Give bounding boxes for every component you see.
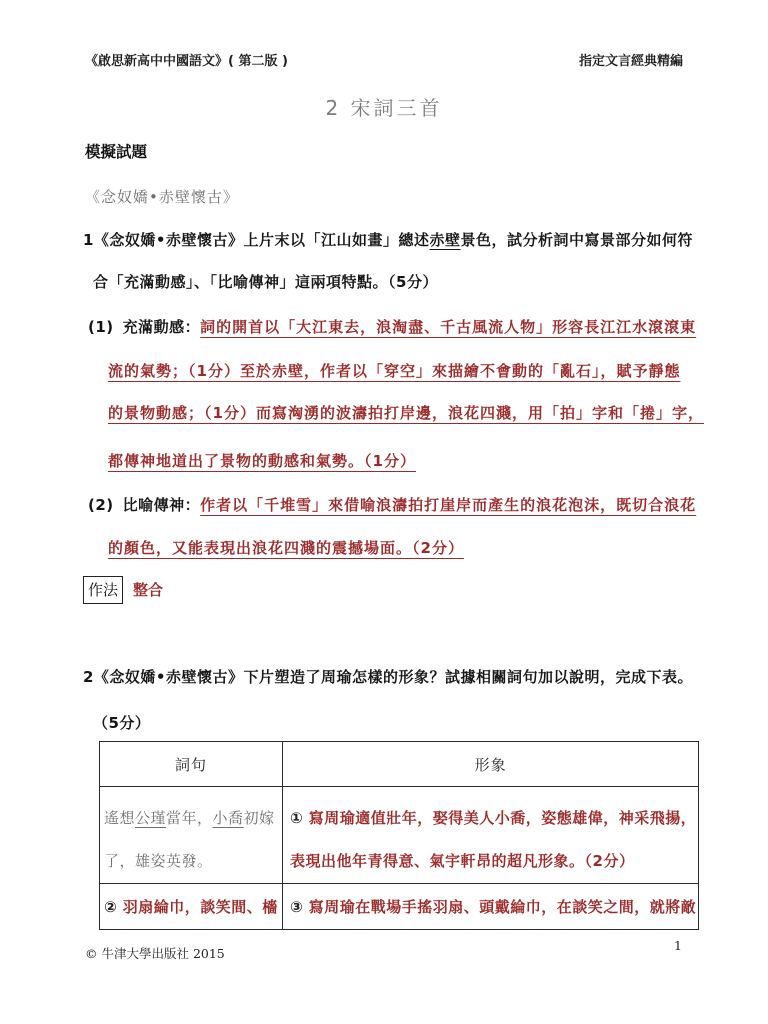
question-2-marks: （5分） (93, 712, 150, 733)
item-1-answer-line-4: 都傳神地道出了景物的動感和氣勢。（1分） (108, 450, 416, 471)
answer-item-2-line-1: (2)比喻傳神：作者以「千堆雪」來借喻浪濤拍打崖岸而產生的浪花泡沫，既切合浪花 (88, 494, 696, 515)
answer-1-text-2: 表現出他年青得意、氣宇軒昂的超凡形象。（2分） (290, 840, 696, 883)
answer-item-1-line-1: (1)充滿動感：詞的開首以「大江東去，浪淘盡、千古風流人物」形容長江江水滾滾東 (88, 316, 696, 337)
page-number: 1 (674, 938, 682, 953)
quote-1-pre: 遙想 (104, 809, 135, 827)
answer-2-text: 寫周瑜在戰場手搖羽扇、頭戴綸巾，在談笑之間，就將敵 (309, 898, 697, 916)
section-heading: 模擬試題 (85, 140, 147, 162)
table-header-quote: 詞句 (100, 742, 283, 787)
quote-2-line: ②羽扇綸巾，談笑間、檣 (104, 886, 282, 929)
method-value: 整合 (133, 581, 163, 599)
answer-1-line-1: ①寫周瑜適值壯年，娶得美人小喬，姿態雄偉，神采飛揚， (290, 797, 696, 840)
page-title: 2 宋詞三首 (0, 92, 768, 121)
header-right: 指定文言經典精編 (579, 50, 683, 69)
item-1-marker: (1) (88, 318, 114, 336)
table-row-1: 遙想公瑾當年，小喬初嫁 了，雄姿英發。 ①寫周瑜適值壯年，娶得美人小喬，姿態雄偉… (100, 787, 699, 884)
quote-cell-1: 遙想公瑾當年，小喬初嫁 了，雄姿英發。 (100, 787, 283, 884)
item-1-answer-line-2: 流的氣勢；（1分）至於赤壁，作者以「穿空」來描繪不會動的「亂石」，賦予靜態 (108, 360, 680, 381)
quote-1-underline-2: 小喬 (213, 809, 244, 827)
header-left: 《啟思新高中中國語文》( 第二版 ) (85, 50, 288, 69)
table-row-2: ②羽扇綸巾，談笑間、檣 ③寫周瑜在戰場手搖羽扇、頭戴綸巾，在談笑之間，就將敵 (100, 884, 699, 930)
answers-table: 詞句 形象 遙想公瑾當年，小喬初嫁 了，雄姿英發。 ①寫周瑜適值壯年，娶得美人小… (99, 741, 699, 930)
quote-2-text: 羽扇綸巾，談笑間、檣 (123, 898, 278, 916)
item-1-label: 充滿動感： (123, 318, 201, 336)
document-page: 《啟思新高中中國語文》( 第二版 ) 指定文言經典精編 2 宋詞三首 模擬試題 … (0, 0, 768, 1024)
answers-table-wrapper: 詞句 形象 遙想公瑾當年，小喬初嫁 了，雄姿英發。 ①寫周瑜適值壯年，娶得美人小… (99, 741, 699, 930)
quote-cell-2: ②羽扇綸巾，談笑間、檣 (100, 884, 283, 930)
quote-1-post: 初嫁 (244, 809, 275, 827)
answer-cell-1: ①寫周瑜適值壯年，娶得美人小喬，姿態雄偉，神采飛揚， 表現出他年青得意、氣宇軒昂… (283, 787, 699, 884)
item-2-answer-line-2: 的顏色，又能表現出浪花四濺的震撼場面。（2分） (108, 537, 464, 558)
q1-text-underlined: 赤壁 (430, 231, 461, 249)
item-2-marker: (2) (88, 496, 114, 514)
table-header-row: 詞句 形象 (100, 742, 699, 787)
q1-text-post: 景色，試分析詞中寫景部分如何符 (461, 231, 694, 249)
quote-1-underline-1: 公瑾 (135, 809, 166, 827)
poem-title: 《念奴嬌•赤壁懷古》 (85, 186, 239, 207)
item-1-answer-line-1: 詞的開首以「大江東去，浪淘盡、千古風流人物」形容長江江水滾滾東 (200, 318, 696, 336)
item-2-label: 比喻傳神： (123, 496, 201, 514)
circled-number-3: ③ (290, 898, 303, 916)
answer-1-text-1: 寫周瑜適值壯年，娶得美人小喬，姿態雄偉，神采飛揚， (309, 809, 697, 827)
question-2-line-1: 2《念奴嬌•赤壁懷古》下片塑造了周瑜怎樣的形象？試據相關詞句加以說明，完成下表。 (83, 666, 693, 687)
answer-2-line: ③寫周瑜在戰場手搖羽扇、頭戴綸巾，在談笑之間，就將敵 (290, 886, 698, 929)
method-row: 作法整合 (83, 576, 163, 604)
table-header-image: 形象 (283, 742, 699, 787)
question-1-line-2: 合「充滿動感」、「比喻傳神」這兩項特點。（5分） (93, 271, 438, 292)
item-2-answer-line-1: 作者以「千堆雪」來借喻浪濤拍打崖岸而產生的浪花泡沫，既切合浪花 (200, 496, 696, 514)
circled-number-1: ① (290, 809, 303, 827)
footer-copyright: © 牛津大學出版社 2015 (85, 944, 225, 962)
quote-1-mid: 當年， (166, 809, 213, 827)
quote-1-line-2: 了，雄姿英發。 (104, 840, 280, 883)
quote-1-text: 遙想公瑾當年，小喬初嫁 了，雄姿英發。 (104, 797, 280, 883)
question-1-line-1: 1《念奴嬌•赤壁懷古》上片末以「江山如畫」總述赤壁景色，試分析詞中寫景部分如何符 (83, 229, 693, 250)
answer-cell-2: ③寫周瑜在戰場手搖羽扇、頭戴綸巾，在談笑之間，就將敵 (283, 884, 699, 930)
circled-number-2: ② (104, 898, 117, 916)
method-box-label: 作法 (83, 576, 123, 604)
item-1-answer-line-3: 的景物動感；（1分）而寫洶湧的波濤拍打岸邊，浪花四濺，用「拍」字和「捲」字， (108, 402, 704, 423)
q1-text-pre: 1《念奴嬌•赤壁懷古》上片末以「江山如畫」總述 (83, 231, 430, 249)
